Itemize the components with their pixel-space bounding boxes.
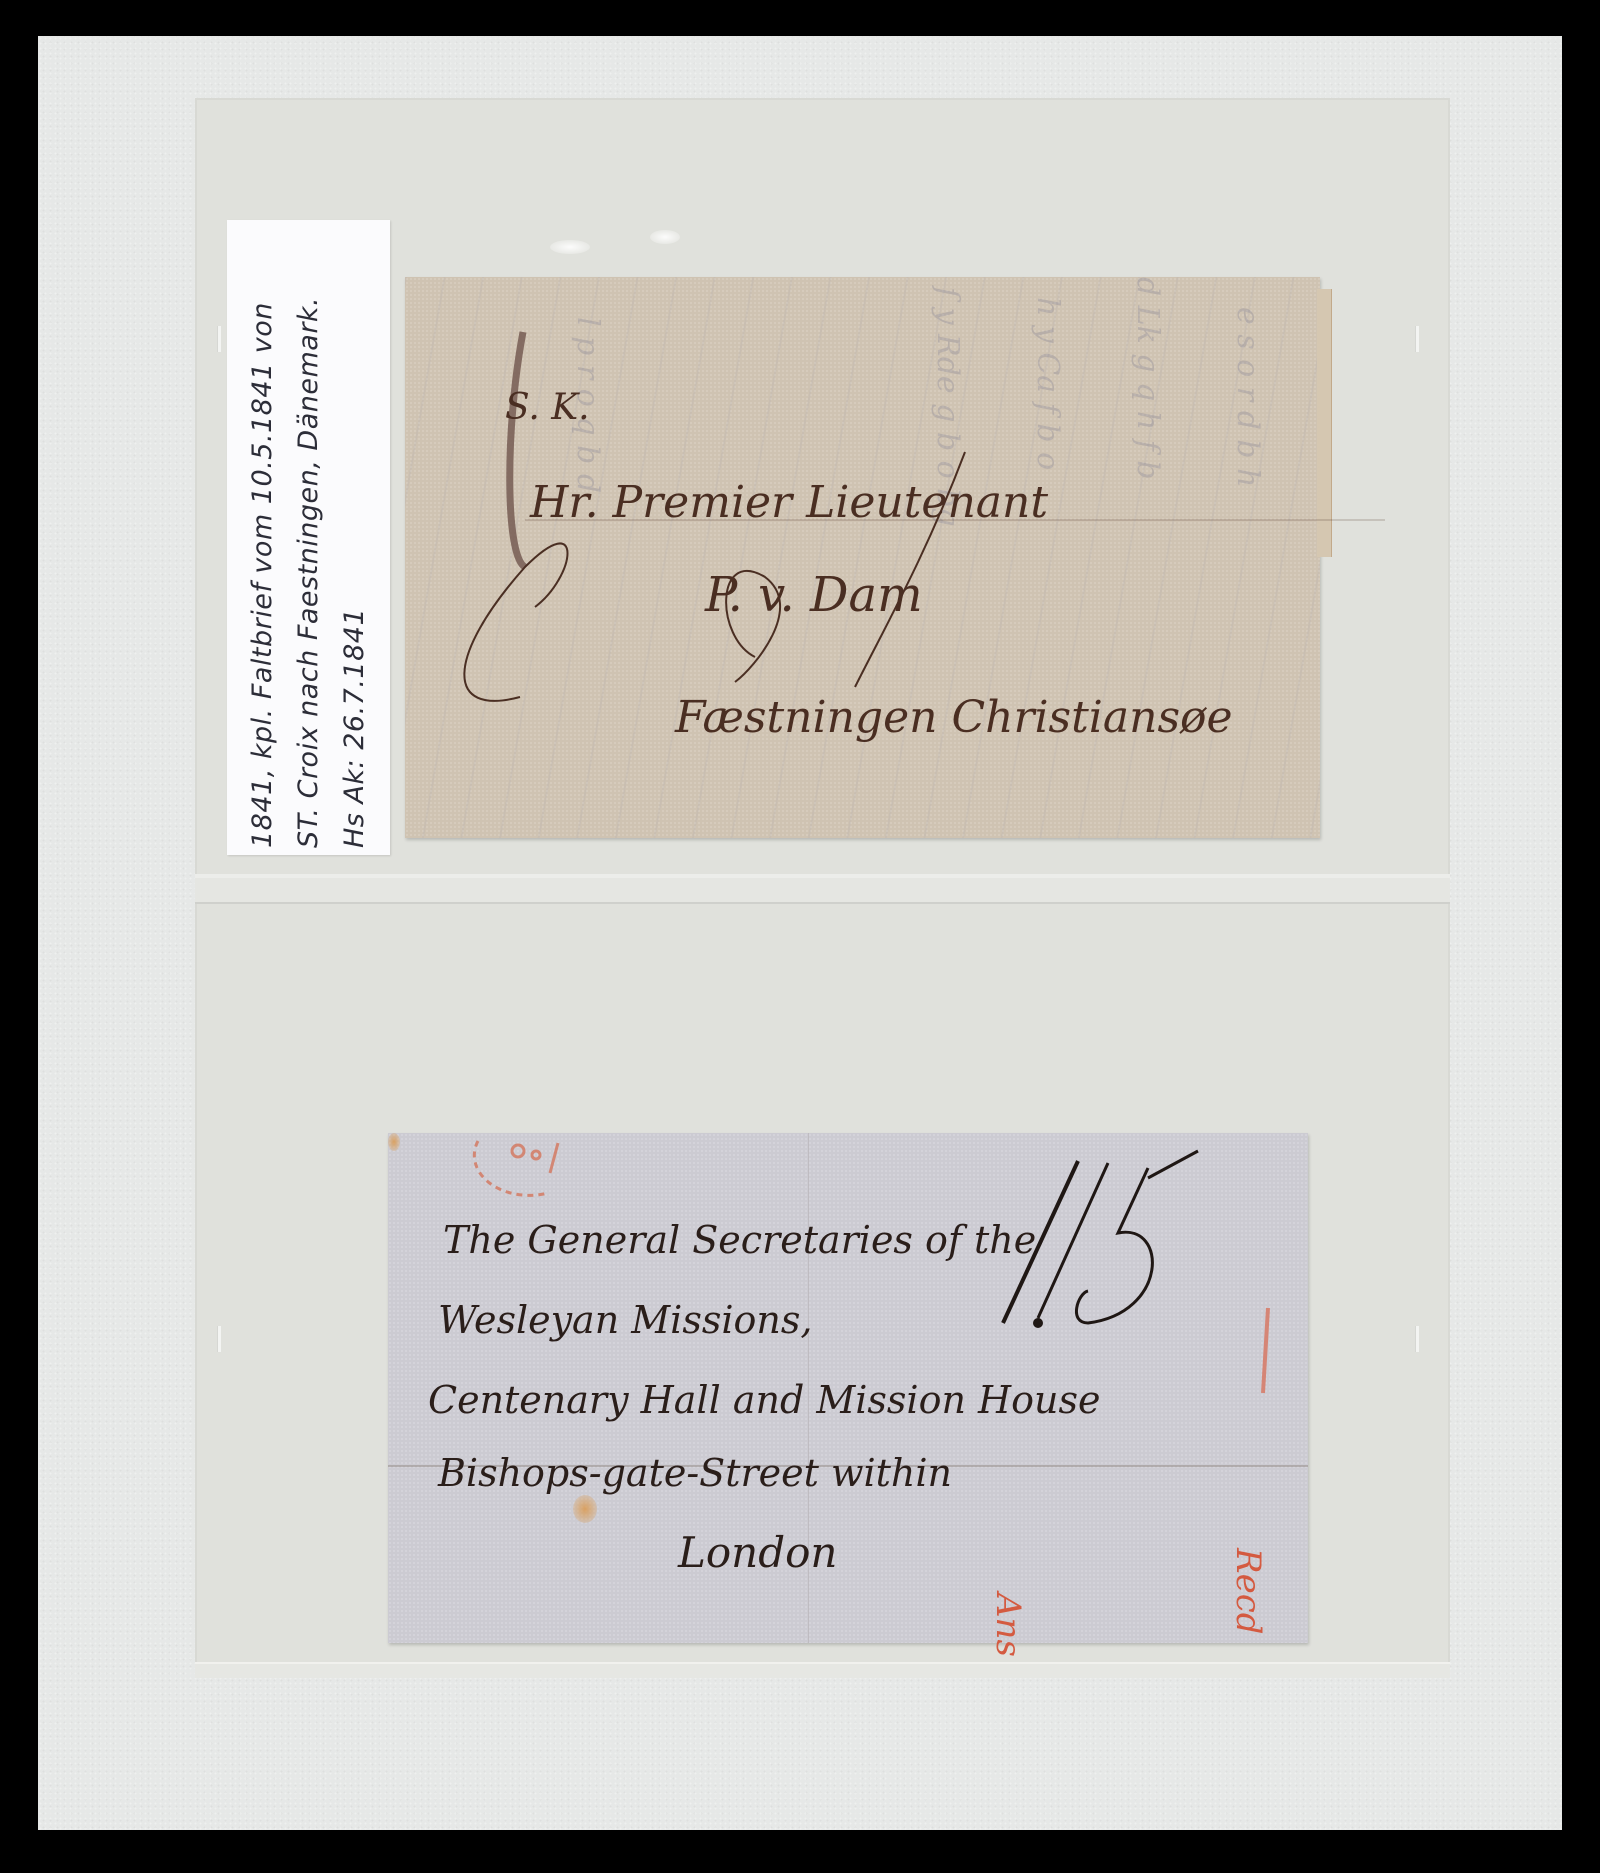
show-through-writing: h y Ca f b o [1030, 297, 1065, 470]
sleeve-mount-mark [217, 326, 221, 352]
address-line: Wesleyan Missions, [438, 1298, 812, 1342]
sleeve-mount-mark [217, 1326, 221, 1352]
label-line: Hs Ak: 26.7.1841 [332, 228, 378, 848]
address-line: P. v. Dam [705, 567, 923, 623]
strip-divider [195, 874, 1450, 904]
sleeve-glare [650, 230, 680, 244]
address-line: Hr. Premier Lieutenant [530, 477, 1048, 528]
show-through-writing: e s o r d b h [1230, 307, 1265, 488]
red-annotation: Recd [1228, 1548, 1268, 1635]
foxing-stain [573, 1495, 597, 1523]
address-line: Bishops-gate-Street within [438, 1451, 952, 1495]
address-line: Fæstningen Christiansøe [675, 692, 1233, 743]
label-line: 1841, kpl. Faltbrief vom 10.5.1841 von [240, 228, 286, 848]
foxing-stain [388, 1133, 400, 1151]
sleeve-mount-mark [1415, 326, 1419, 352]
address-line: London [678, 1528, 837, 1577]
address-line: The General Secretaries of the [443, 1218, 1036, 1262]
label-text: 1841, kpl. Faltbrief vom 10.5.1841 von S… [240, 228, 378, 848]
red-postmark [474, 1141, 558, 1195]
letter-flap [1317, 289, 1332, 557]
cover-top-folded-letter: ſ y Rde g b o bg h y Ca f b o d Lk g q h… [405, 277, 1320, 838]
address-line: Centenary Hall and Mission House [428, 1378, 1100, 1422]
label-line: ST. Croix nach Faestningen, Dänemark. [286, 228, 332, 848]
show-through-writing: d Lk g q h f b [1130, 277, 1165, 480]
cover-bottom-folded-letter: The General Secretaries of the Wesleyan … [388, 1133, 1308, 1643]
cover-annotation: S. K. [505, 387, 590, 428]
sleeve-mount-mark [1415, 1326, 1419, 1352]
sleeve-glare [550, 240, 590, 254]
manuscript-marks [405, 277, 1320, 838]
sleeve-bottom-lip [195, 1662, 1450, 1678]
description-label-card: 1841, kpl. Faltbrief vom 10.5.1841 von S… [227, 220, 390, 855]
red-annotation: Ans [988, 1593, 1028, 1657]
